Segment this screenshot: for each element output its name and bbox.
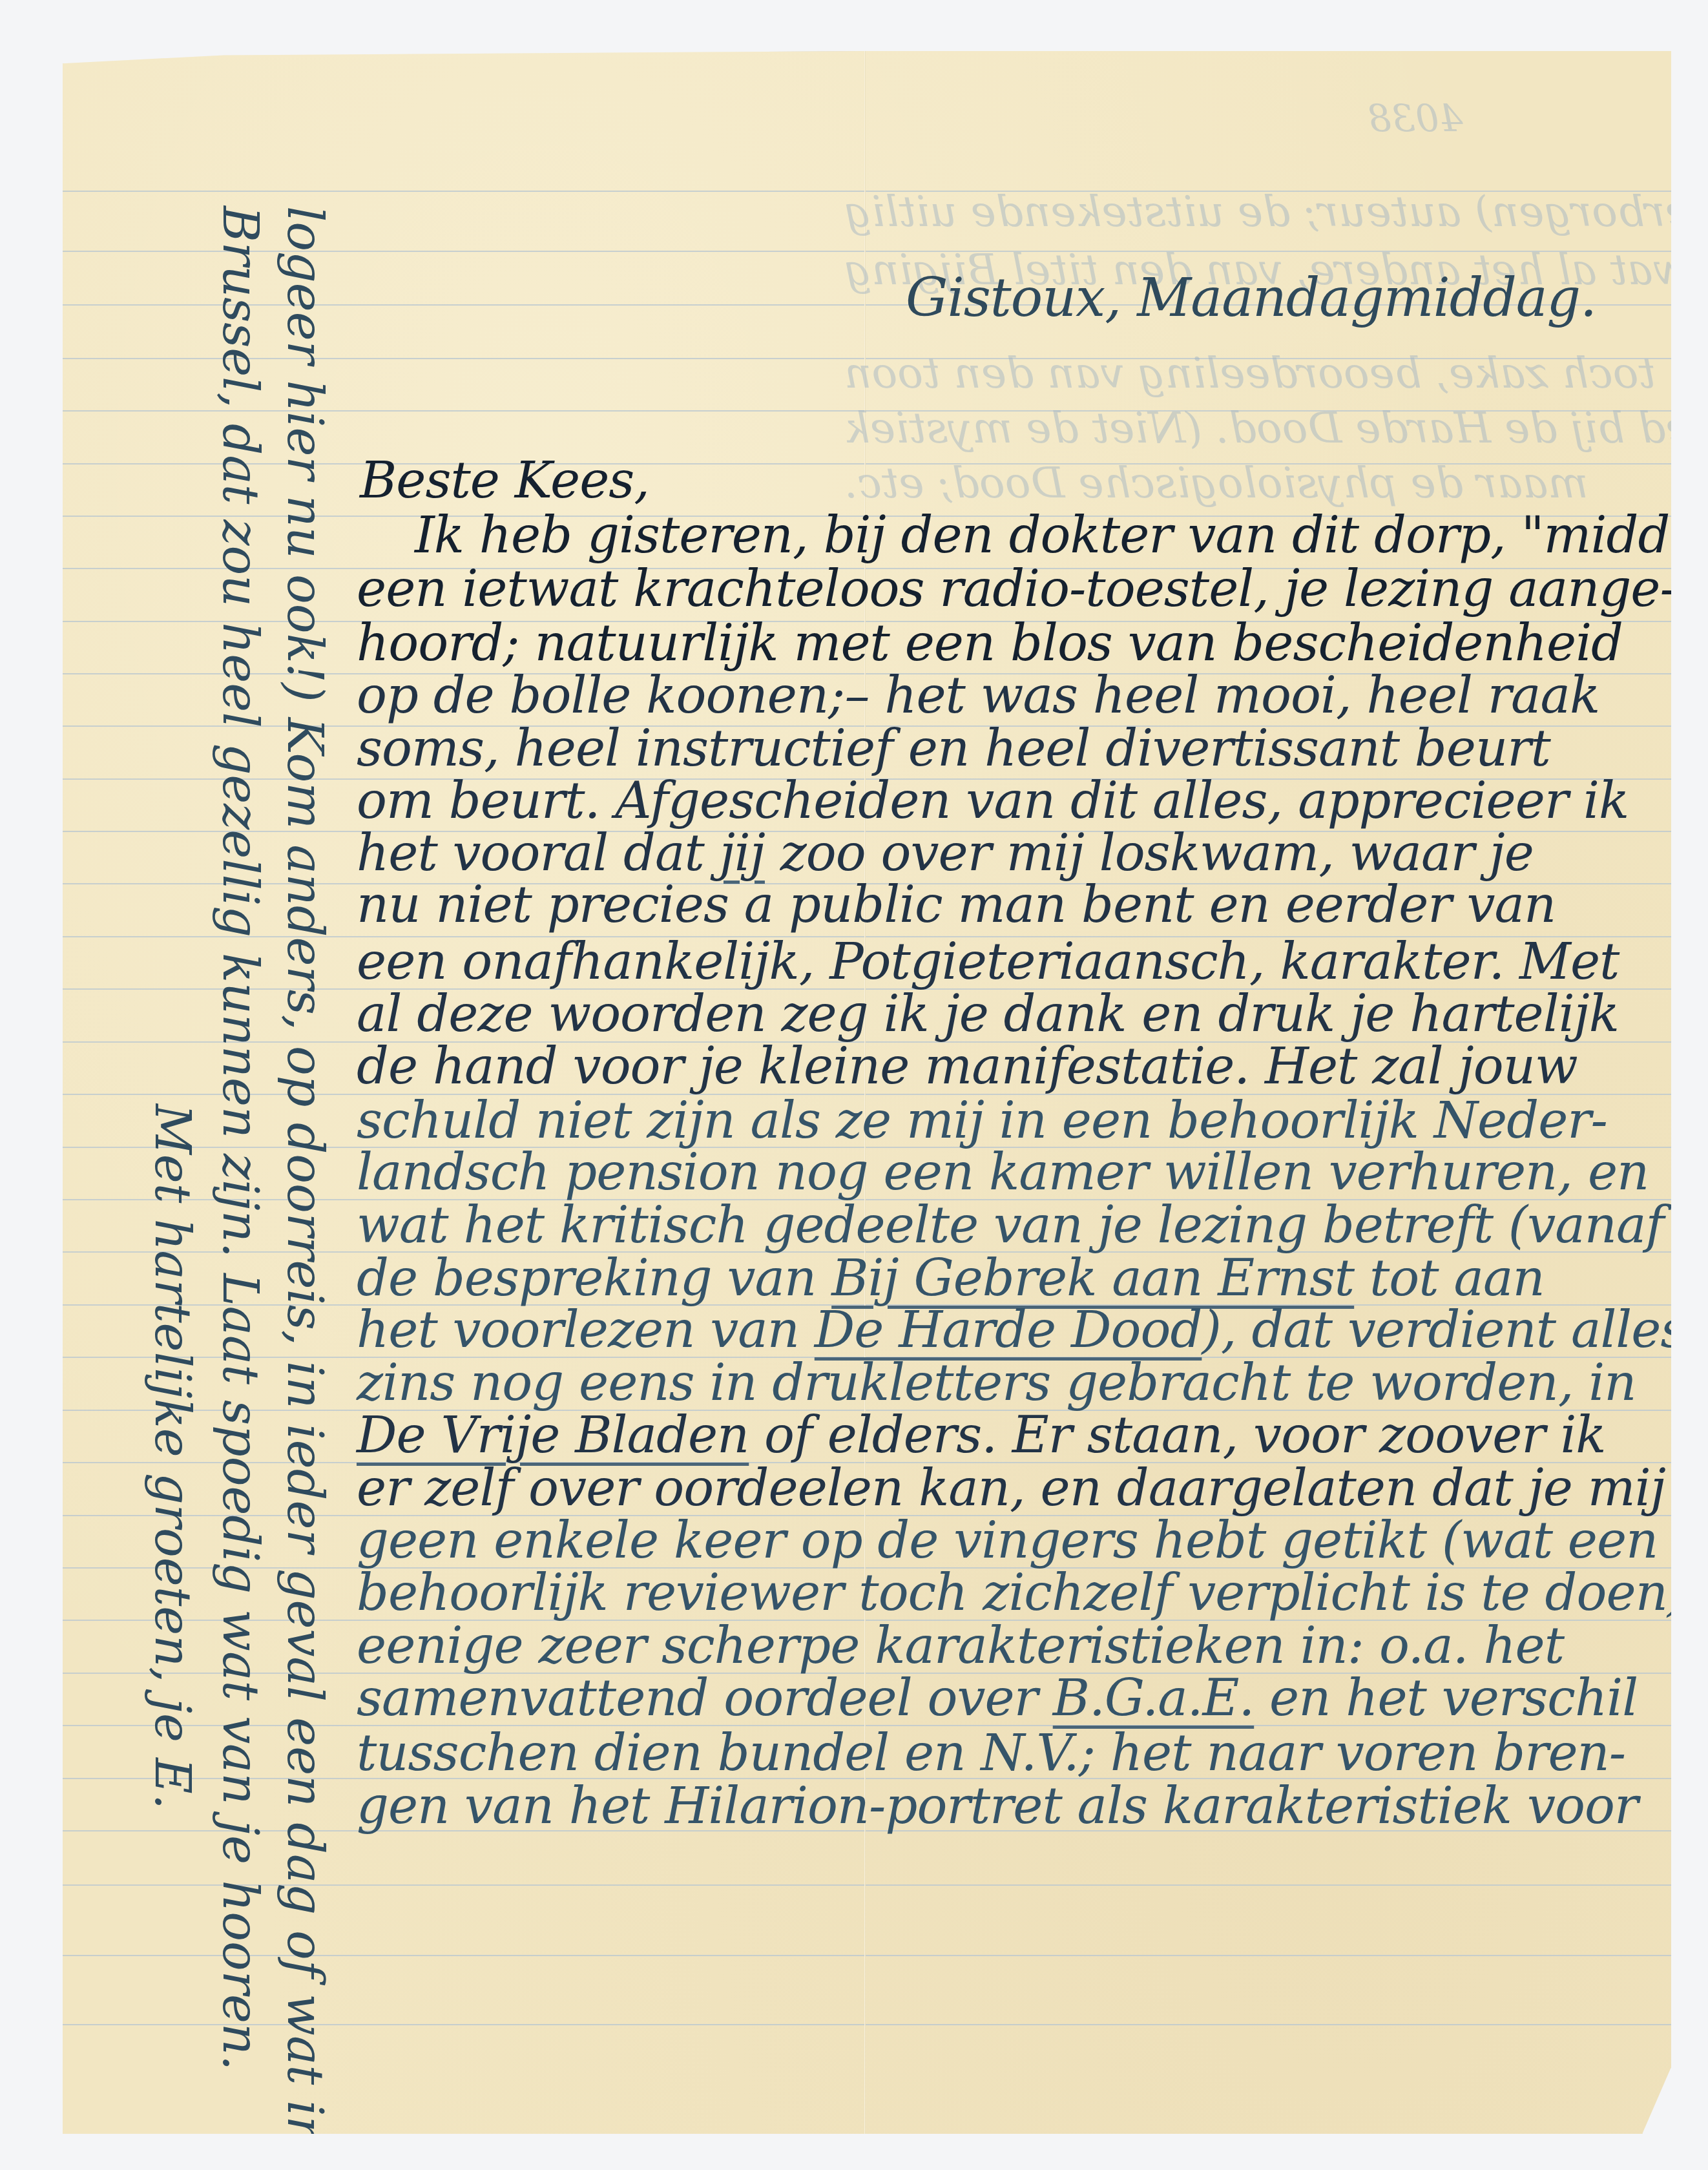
body-line: de hand voor je kleine manifestatie. Het… [357,1038,1578,1096]
body-line: eenige zeer scherpe karakteristieken in:… [357,1617,1564,1675]
body-line: al deze woorden zeg ik je dank en druk j… [357,985,1619,1043]
body-line: een onafhankelijk, Potgieteriaansch, kar… [357,933,1619,991]
body-line: Ik heb gisteren, bij den dokter van dit … [415,506,1708,565]
bleed-through-line: aard van Het Gebed bij de Harde Dood. (N… [844,403,1708,453]
body-line: om beurt. Afgescheiden van dit alles, ap… [357,772,1629,830]
margin-note-line: Brussel, dat zou heel gezellig kunnen zi… [212,206,269,2071]
body-text: tot aan [1354,1249,1544,1308]
bleed-through-line: maar de physiologische Dood; etc. [844,458,1588,508]
letter-sheet: 4038 g. Z den (verborgen) auteur; de uit… [63,51,1671,2134]
body-line: samenvattend oordeel over B.G.a.E. en he… [357,1669,1638,1727]
margin-note-line: logeer hier nu ook!) Kom anders, op door… [276,206,334,2147]
bleed-through-line: g. Z den (verborgen) auteur; de uitsteke… [844,187,1708,236]
body-line: het vooral dat jij zoo over mij loskwam,… [357,824,1534,882]
body-line: landsch pension nog een kamer willen ver… [357,1143,1649,1202]
body-line: behoorlijk reviewer toch zichzelf verpli… [357,1564,1686,1622]
body-text: de bespreking van [357,1249,831,1308]
body-line: nu niet precies a public man bent en eer… [357,876,1556,934]
body-text: samenvattend oordeel over [357,1669,1053,1727]
body-line: gen van het Hilarion-portret als karakte… [357,1777,1638,1835]
body-line: schuld niet zijn als ze mij in een behoo… [357,1092,1607,1150]
body-text: of elders. Er staan, voor zoover ik [749,1406,1605,1465]
body-text: zoo over mij loskwam, waar je [765,824,1534,882]
body-text: het vooral dat [357,824,720,882]
underlined-title: De Harde Dood [815,1301,1202,1359]
margin-note-signoff: Met hartelijke groeten, je E. [144,1104,202,1810]
body-text: ), dat verdient alles- [1202,1301,1702,1359]
underlined-word: jij [720,824,765,882]
body-line: zins nog eens in drukletters gebracht te… [357,1354,1636,1412]
salutation: Beste Kees, [360,452,649,510]
body-line: wat het kritisch gedeelte van je lezing … [357,1196,1663,1255]
body-line: een ietwat krachteloos radio-toestel, je… [357,560,1676,618]
place-date: Gistoux, Maandagmiddag. [906,267,1596,329]
archive-number-bleed: 4038 [1368,96,1463,140]
body-line: het voorlezen van De Harde Dood), dat ve… [357,1301,1702,1359]
body-line: geen enkele keer op de vingers hebt geti… [357,1512,1658,1570]
body-line: hoord; natuurlijk met een blos van besch… [357,614,1623,673]
underlined-title: Bij Gebrek aan Ernst [831,1249,1354,1308]
body-line: De Vrije Bladen of elders. Er staan, voo… [357,1406,1606,1465]
bleed-through-line: waar m.i. toch zake, beoordeeling van de… [844,348,1708,398]
body-line: er zelf over oordeelen kan, en daargelat… [357,1459,1665,1518]
body-text: het voorlezen van [357,1301,815,1359]
underlined-title: De Vrije Bladen [357,1406,749,1465]
body-text: en het verschil [1254,1669,1638,1727]
body-line: soms, heel instructief en heel divertiss… [357,720,1550,778]
body-line: tusschen dien bundel en N.V.; het naar v… [357,1724,1625,1782]
body-line: op de bolle koonen;– het was heel mooi, … [357,667,1599,725]
body-line: de bespreking van Bij Gebrek aan Ernst t… [357,1249,1545,1308]
underlined-abbreviation: B.G.a.E. [1053,1669,1254,1727]
